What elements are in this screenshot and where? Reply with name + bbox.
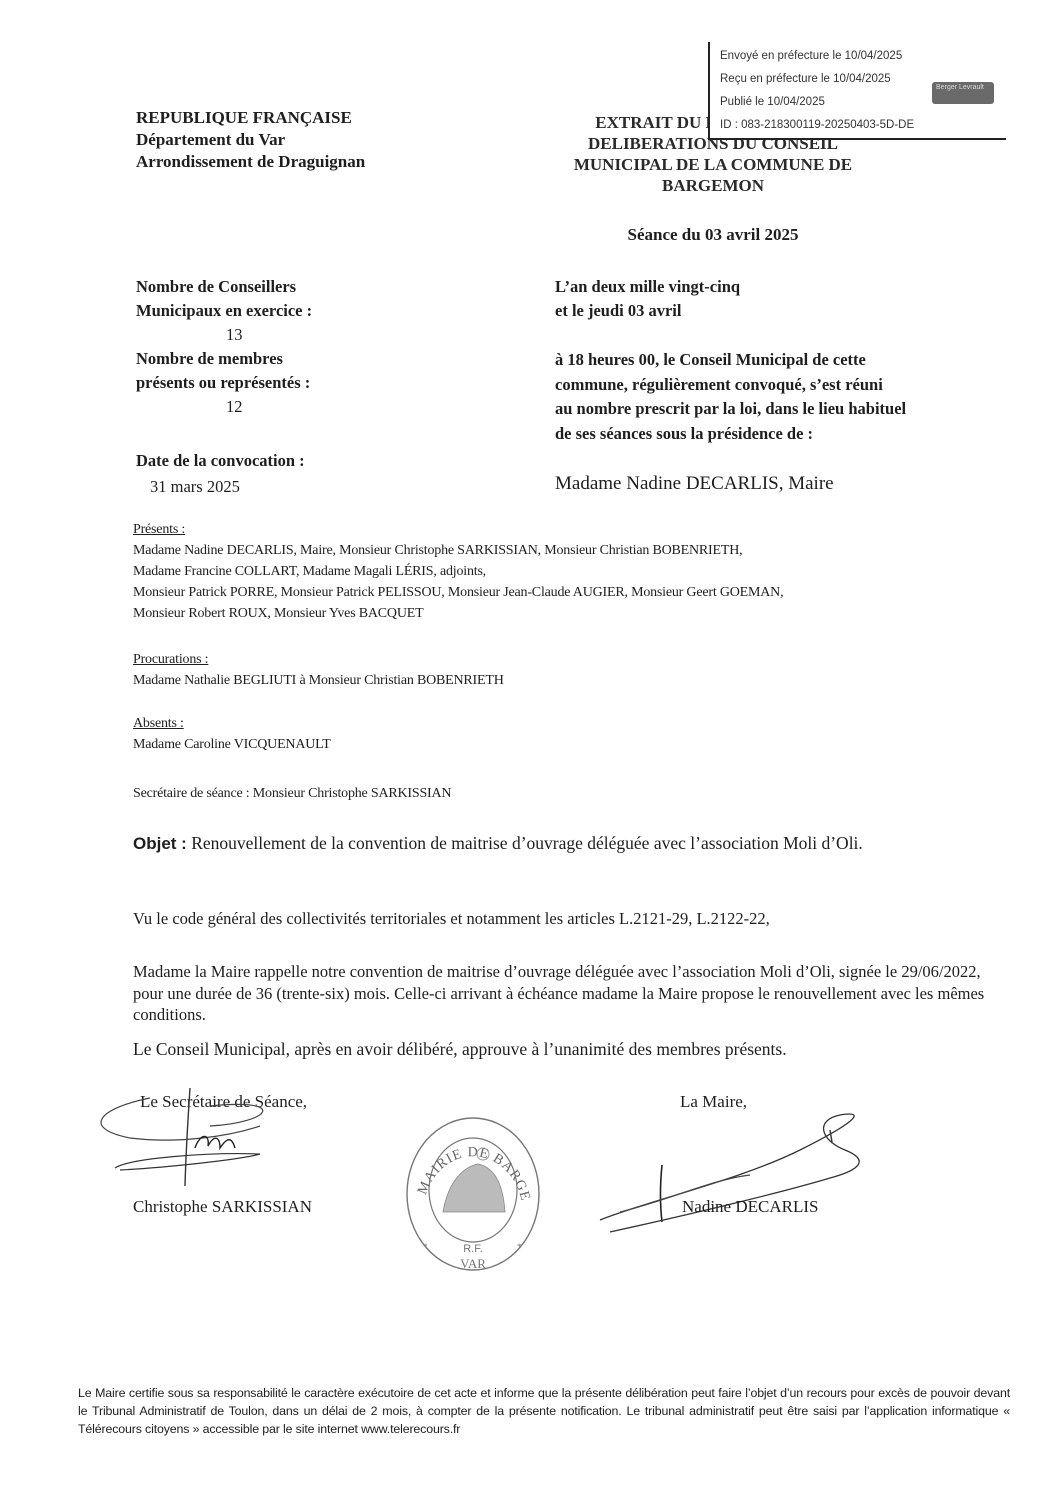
secretaire-name: Christophe SARKISSIAN bbox=[133, 1197, 312, 1217]
intro-year: L’an deux mille vingt-cinq bbox=[555, 275, 1015, 299]
intro-paragraph: à 18 heures 00, le Conseil Municipal de … bbox=[555, 348, 1015, 446]
procurations-section: Procurations : Madame Nathalie BEGLIUTI … bbox=[133, 649, 504, 691]
berger-levrault-logo-icon: Berger Levrault bbox=[932, 82, 994, 104]
intro-para-line: commune, régulièrement convoqué, s’est r… bbox=[555, 373, 1015, 398]
title-line-4: BARGEMON bbox=[548, 175, 878, 196]
presents-line: Madame Nadine DECARLIS, Maire, Monsieur … bbox=[133, 540, 1033, 561]
maire-signature-title: La Maire, bbox=[680, 1092, 747, 1112]
presents-section: Présents : Madame Nadine DECARLIS, Maire… bbox=[133, 519, 1033, 624]
presents-line: Monsieur Robert ROUX, Monsieur Yves BACQ… bbox=[133, 603, 1033, 624]
procurations-line: Madame Nathalie BEGLIUTI à Monsieur Chri… bbox=[133, 670, 504, 691]
stamp-envoye: Envoyé en préfecture le 10/04/2025 bbox=[720, 50, 902, 62]
intro-para-line: au nombre prescrit par la loi, dans le l… bbox=[555, 397, 1015, 422]
president-name: Madame Nadine DECARLIS, Maire bbox=[555, 473, 834, 495]
conseillers-value: 13 bbox=[136, 323, 312, 347]
seance-date: Séance du 03 avril 2025 bbox=[548, 225, 878, 245]
intro-day: et le jeudi 03 avril bbox=[555, 299, 1015, 323]
membres-value: 12 bbox=[136, 395, 312, 419]
header-arrondissement: Arrondissement de Draguignan bbox=[136, 151, 365, 173]
prefecture-stamp: Envoyé en préfecture le 10/04/2025 Reçu … bbox=[708, 42, 1006, 140]
convocation-date: 31 mars 2025 bbox=[136, 474, 305, 500]
maire-signature-icon bbox=[590, 1110, 880, 1240]
title-line-3: MUNICIPAL DE LA COMMUNE DE bbox=[548, 154, 878, 175]
membres-label-1: Nombre de membres bbox=[136, 347, 312, 371]
secretaire-seance: Secrétaire de séance : Monsieur Christop… bbox=[133, 783, 451, 804]
absents-heading: Absents : bbox=[133, 713, 331, 734]
objet-text: Renouvellement de la convention de maitr… bbox=[187, 833, 863, 853]
svg-text:VAR: VAR bbox=[460, 1256, 486, 1271]
objet: Objet : Renouvellement de la convention … bbox=[133, 831, 993, 856]
deliberation-conclusion: Le Conseil Municipal, après en avoir dél… bbox=[133, 1039, 787, 1060]
intro-para-line: à 18 heures 00, le Conseil Municipal de … bbox=[555, 348, 1015, 373]
svg-text:*: * bbox=[517, 1242, 522, 1252]
procurations-heading: Procurations : bbox=[133, 649, 504, 670]
maire-name: Nadine DECARLIS bbox=[668, 1197, 818, 1217]
header-departement: Département du Var bbox=[136, 129, 365, 151]
mairie-seal-icon: MAIRIE DE BARGEMON R.F. * * VAR bbox=[403, 1112, 543, 1272]
convocation-label: Date de la convocation : bbox=[136, 448, 305, 474]
presents-line: Madame Francine COLLART, Madame Magali L… bbox=[133, 561, 1033, 582]
presents-line: Monsieur Patrick PORRE, Monsieur Patrick… bbox=[133, 582, 1033, 603]
legal-footer: Le Maire certifie sous sa responsabilité… bbox=[78, 1384, 1010, 1438]
intro-para-line: de ses séances sous la présidence de : bbox=[555, 422, 1015, 447]
deliberation-body: Madame la Maire rappelle notre conventio… bbox=[133, 961, 1013, 1026]
convocation: Date de la convocation : 31 mars 2025 bbox=[136, 448, 305, 500]
council-counts: Nombre de Conseillers Municipaux en exer… bbox=[136, 275, 312, 419]
vu-clause: Vu le code général des collectivités ter… bbox=[133, 909, 770, 929]
conseillers-label-1: Nombre de Conseillers bbox=[136, 275, 312, 299]
presents-heading: Présents : bbox=[133, 519, 1033, 540]
stamp-id: ID : 083-218300119-20250403-5D-DE bbox=[720, 119, 914, 131]
svg-text:*: * bbox=[423, 1242, 428, 1252]
conseillers-label-2: Municipaux en exercice : bbox=[136, 299, 312, 323]
header-republique: REPUBLIQUE FRANÇAISE bbox=[136, 107, 365, 129]
membres-label-2: présents ou représentés : bbox=[136, 371, 312, 395]
secretaire-signature-icon bbox=[90, 1078, 310, 1198]
stamp-publie: Publié le 10/04/2025 bbox=[720, 96, 825, 108]
maire-name-text: Nadine DECARLIS bbox=[682, 1197, 818, 1216]
header-administration: REPUBLIQUE FRANÇAISE Département du Var … bbox=[136, 107, 365, 173]
objet-label: Objet : bbox=[133, 834, 187, 853]
intro-date: L’an deux mille vingt-cinq et le jeudi 0… bbox=[555, 275, 1015, 323]
svg-text:R.F.: R.F. bbox=[463, 1243, 483, 1255]
stamp-recu: Reçu en préfecture le 10/04/2025 bbox=[720, 73, 891, 85]
absents-line: Madame Caroline VICQUENAULT bbox=[133, 734, 331, 755]
absents-section: Absents : Madame Caroline VICQUENAULT bbox=[133, 713, 331, 755]
